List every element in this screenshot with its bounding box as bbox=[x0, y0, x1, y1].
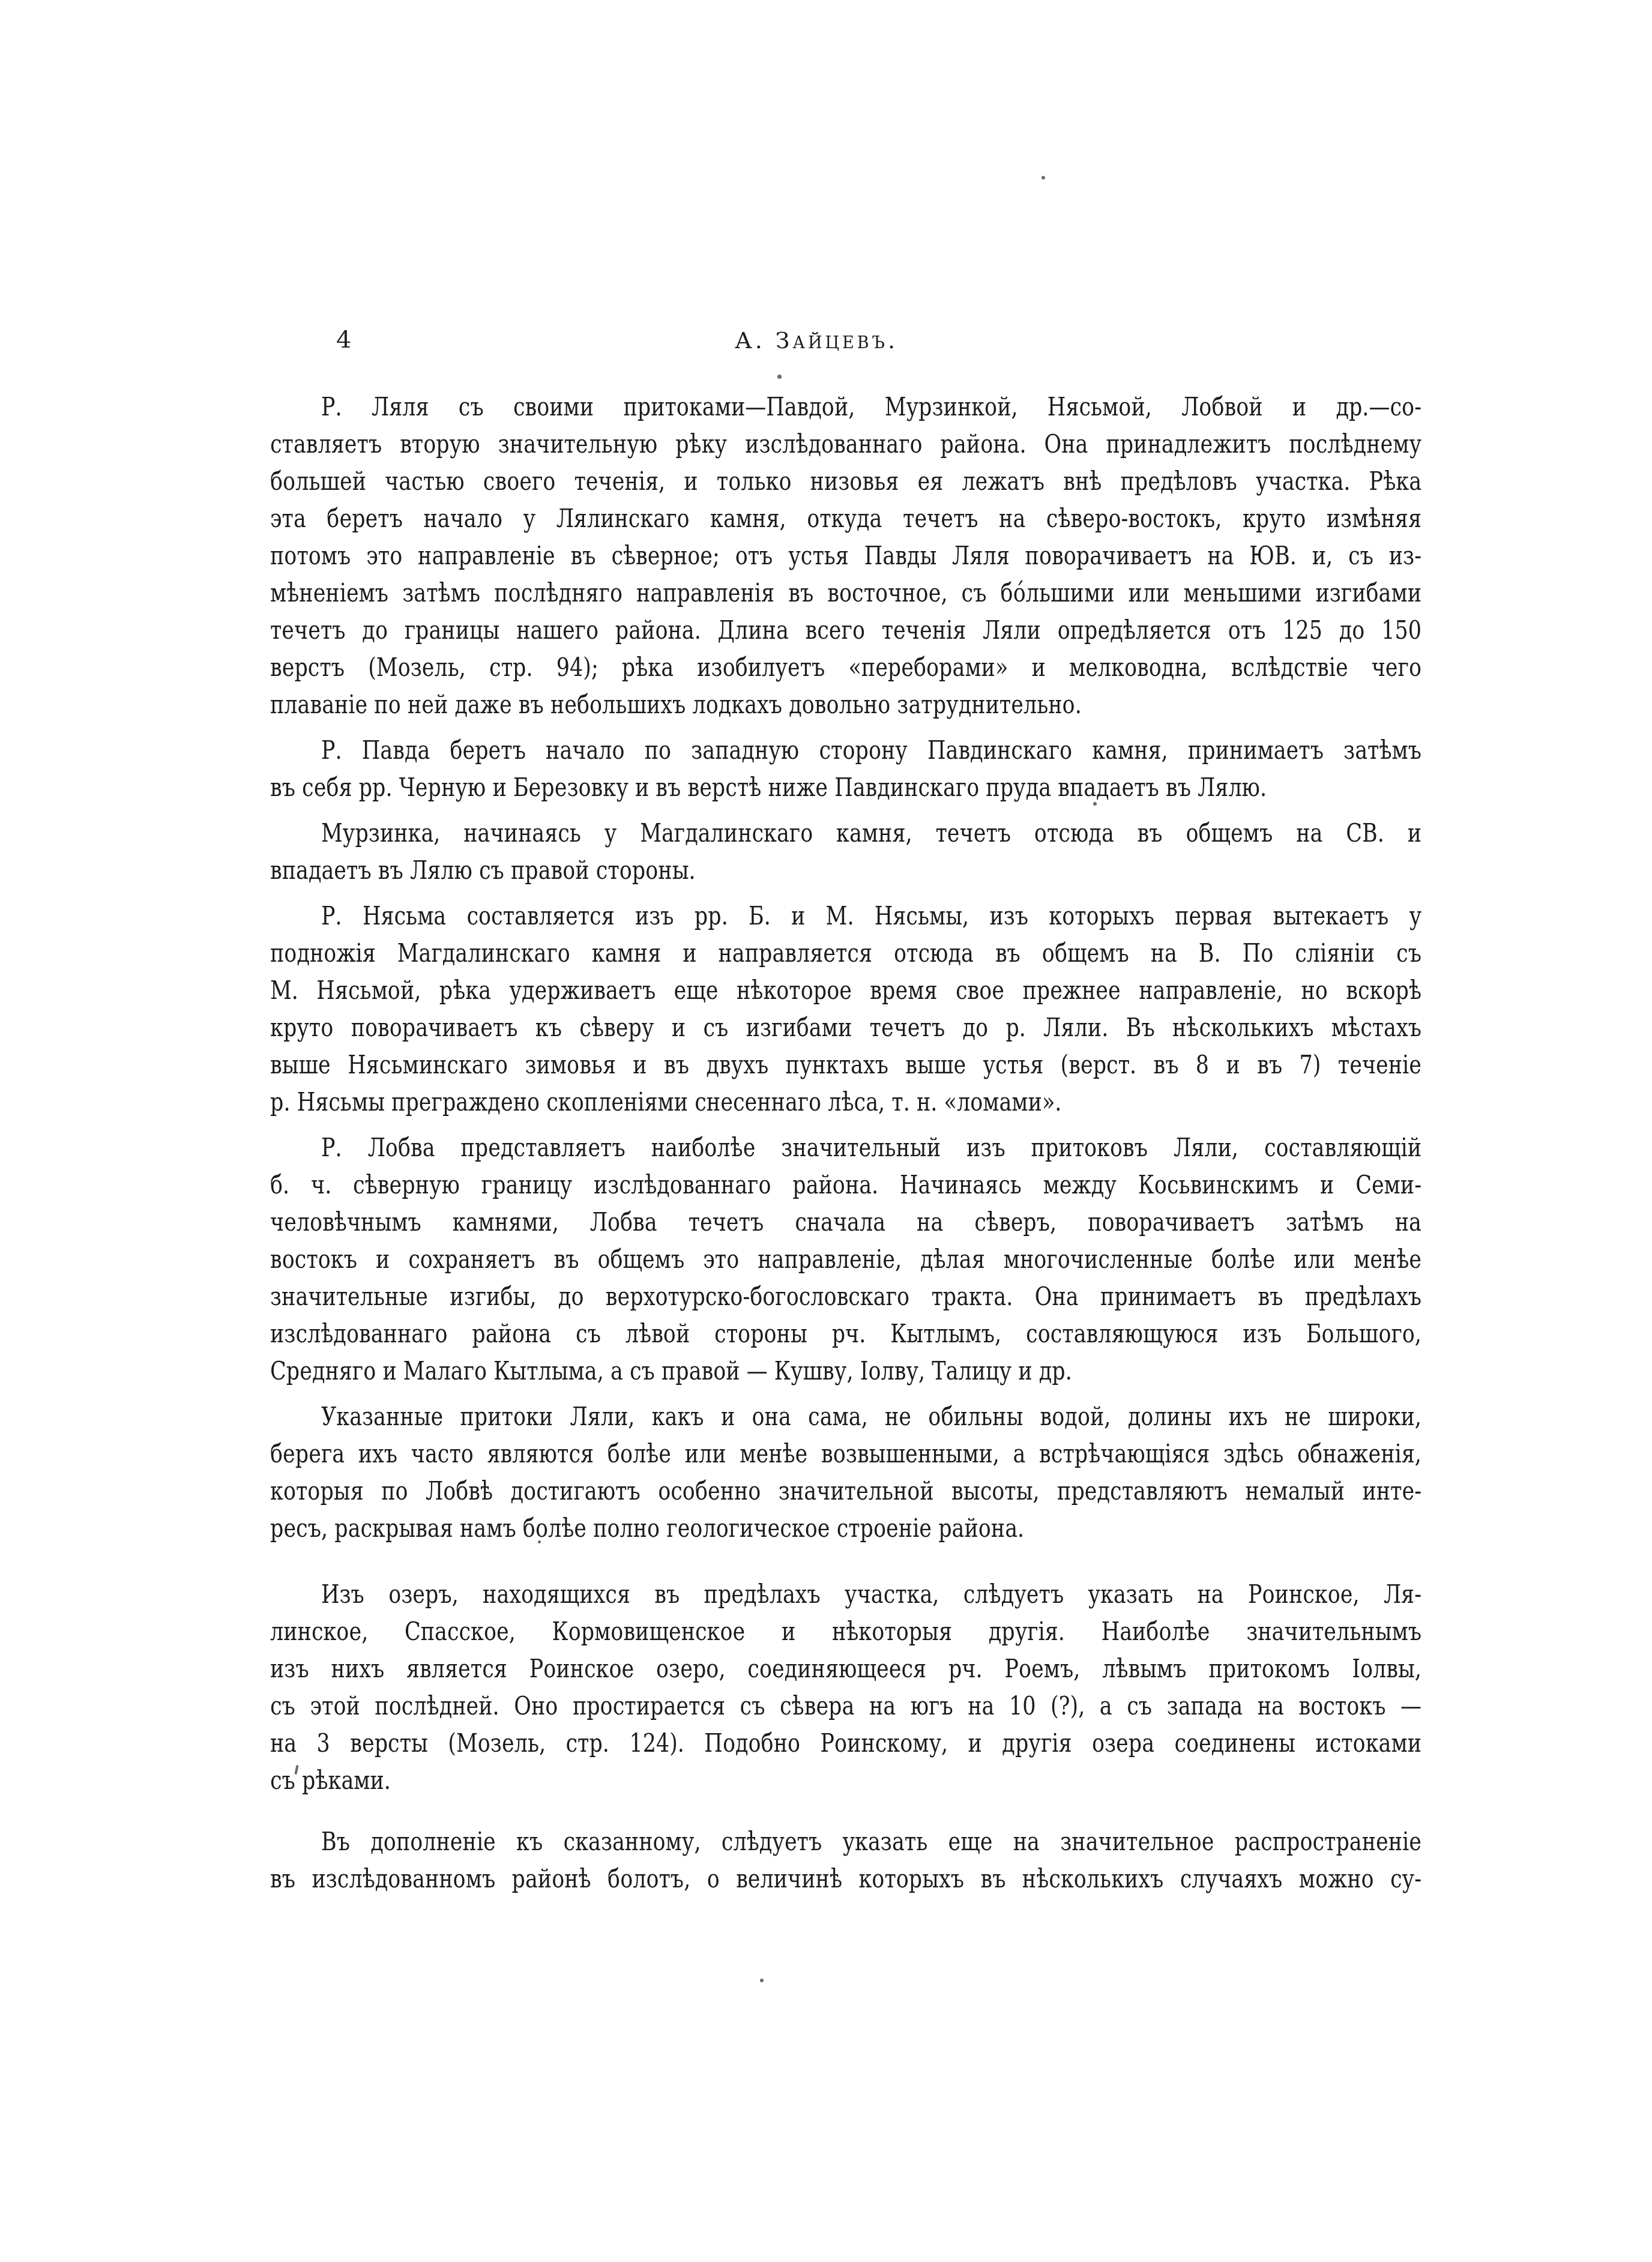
paragraph: Р. Павда беретъ начало по западную сторо… bbox=[270, 732, 1421, 807]
text-line: плаваніе по ней даже въ небольшихъ лодка… bbox=[270, 683, 1421, 728]
book-page: 4 А. Зайцевъ. Р. Ляля съ своими притокам… bbox=[0, 0, 1652, 2262]
paragraph: Указанные притоки Ляли, какъ и она сама,… bbox=[270, 1399, 1421, 1548]
text-block: Р. Ляля съ своими притоками—Павдой, Мурз… bbox=[270, 389, 1421, 1898]
paragraph: Изъ озеръ, находящихся въ предѣлахъ учас… bbox=[270, 1576, 1421, 1800]
text-line: Средняго и Малаго Кытлыма, а съ правой —… bbox=[270, 1349, 1421, 1395]
paragraph: Р. Нясьма составляется изъ рр. Б. и М. Н… bbox=[270, 898, 1421, 1121]
page-number: 4 bbox=[336, 328, 351, 352]
scan-speck bbox=[760, 1979, 764, 1982]
text-line: впадаетъ въ Лялю съ правой стороны. bbox=[270, 848, 1421, 894]
scan-speck bbox=[1042, 176, 1045, 179]
running-head: А. Зайцевъ. bbox=[735, 329, 898, 352]
text-line: въ себя рр. Черную и Березовку и въ верс… bbox=[270, 765, 1421, 811]
paragraph: Мурзинка, начинаясь у Магдалинскаго камн… bbox=[270, 815, 1421, 890]
paragraph: Въ дополненіе къ сказанному, слѣдуетъ ук… bbox=[270, 1824, 1421, 1898]
text-line: въ изслѣдованномъ районѣ болотъ, о велич… bbox=[270, 1857, 1421, 1902]
text-line: съ рѣками. bbox=[270, 1758, 1421, 1804]
text-line: ресъ, раскрывая намъ болѣе полно геологи… bbox=[270, 1506, 1421, 1552]
text-line: р. Нясьмы преграждено скопленіями снесен… bbox=[270, 1080, 1421, 1126]
scan-speck bbox=[777, 375, 782, 379]
paragraph: Р. Ляля съ своими притоками—Павдой, Мурз… bbox=[270, 389, 1421, 724]
paragraph: Р. Лобва представляетъ наиболѣе значител… bbox=[270, 1130, 1421, 1390]
